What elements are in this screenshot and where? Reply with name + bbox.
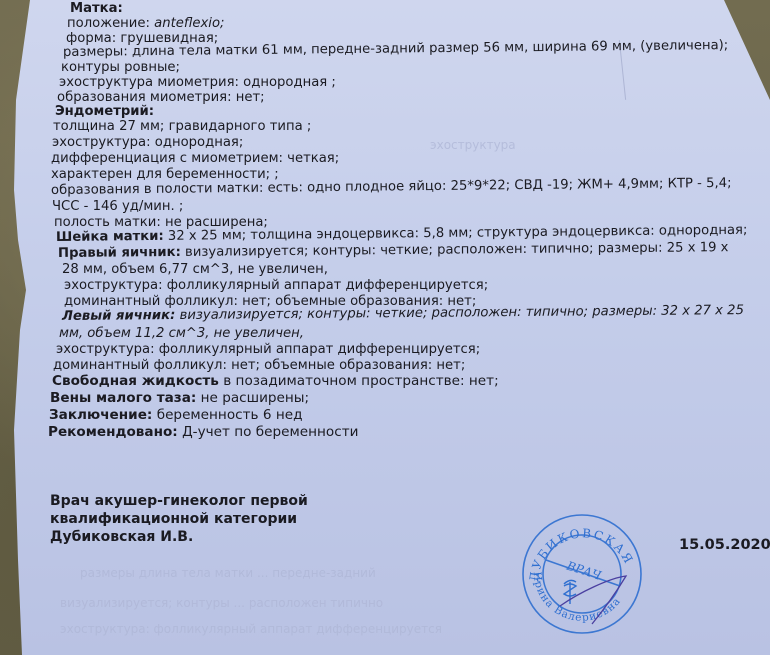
endometrium-characteristic: характерен для беременности; ;	[51, 167, 279, 182]
conclusion: Заключение: беременность 6 нед	[49, 408, 302, 423]
endometrium-echostructure: эхоструктура: однородная;	[52, 135, 243, 150]
recommended: Рекомендовано: Д-учет по беременности	[48, 425, 358, 440]
doctor-title-line2: квалификационной категории	[50, 510, 297, 528]
right-ovary-value: визуализируется; контуры: четкие; распол…	[185, 240, 729, 260]
left-ovary-follicle: доминантный фолликул: нет; объемные обра…	[53, 358, 465, 373]
pelvic-veins-label: Вены малого таза:	[50, 390, 196, 406]
myometrium-formations: образования миометрия: нет;	[57, 90, 265, 105]
fetal-heart-rate: ЧСС - 146 уд/мин. ;	[52, 199, 183, 214]
endometrium-thickness: толщина 27 мм; гравидарного типа ;	[53, 119, 311, 134]
uterus-position: положение: anteflexio;	[67, 16, 224, 31]
conclusion-value: беременность 6 нед	[157, 407, 303, 423]
right-ovary-label: Правый яичник:	[58, 245, 181, 261]
free-fluid-value: в позадиматочном пространстве: нет;	[223, 373, 498, 389]
right-ovary-size-volume: 28 мм, объем 6,77 см^3, не увеличен,	[62, 262, 328, 277]
pelvic-veins: Вены малого таза: не расширены;	[50, 391, 309, 406]
pelvic-veins-value: не расширены;	[201, 390, 309, 406]
report-date: 15.05.2020	[679, 538, 770, 553]
endometrium-differentiation: дифференциация с миометрием: четкая;	[51, 151, 339, 166]
svg-text:ВРАЧ: ВРАЧ	[564, 558, 603, 583]
left-ovary-label: Левый яичник:	[62, 308, 175, 324]
uterus-position-label: положение:	[67, 16, 150, 31]
right-ovary-echostructure: эхоструктура: фолликулярный аппарат дифф…	[64, 278, 488, 293]
free-fluid: Свободная жидкость в позадиматочном прос…	[52, 374, 499, 389]
doctor-title-line1: Врач акушер-гинеколог первой	[50, 492, 308, 510]
section-heading-uterus: Матка:	[70, 1, 123, 16]
uterus-contours: контуры ровные;	[61, 60, 180, 75]
uterus-position-value: anteflexio;	[154, 16, 224, 31]
left-ovary-size-volume: мм, объем 11,2 см^3, не увеличен,	[59, 326, 304, 341]
cervix-label: Шейка матки:	[56, 229, 164, 245]
section-heading-endometrium: Эндометрий:	[55, 104, 154, 119]
myometrium-echostructure: эхоструктура миометрия: однородная ;	[59, 75, 336, 90]
recommended-value: Д-учет по беременности	[182, 424, 358, 440]
doctor-stamp-icon: ДУБИКОВСКАЯ Ирина Валериевна ВРАЧ	[520, 512, 644, 636]
svg-text:Ирина Валериевна: Ирина Валериевна	[531, 571, 624, 624]
doctor-name: Дубиковская И.В.	[50, 528, 193, 546]
conclusion-label: Заключение:	[49, 407, 152, 423]
left-ovary-echostructure: эхоструктура: фолликулярный аппарат дифф…	[56, 342, 480, 357]
recommended-label: Рекомендовано:	[48, 424, 178, 440]
ultrasound-report: Матка: положение: anteflexio; форма: гру…	[0, 0, 770, 655]
free-fluid-label: Свободная жидкость	[52, 373, 219, 389]
